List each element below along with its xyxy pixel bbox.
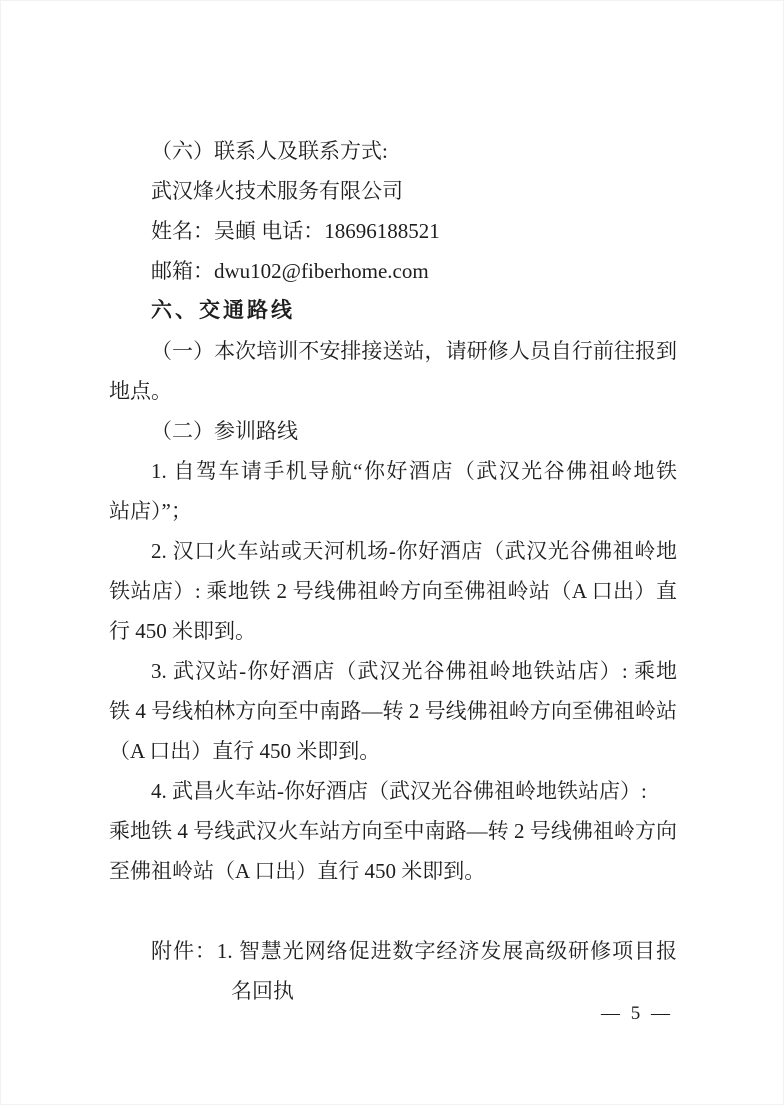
line-route1-1: 1. 自驾车请手机导航“你好酒店（武汉光谷佛祖岭地铁: [109, 451, 677, 491]
line-route2-3: 行 450 米即到。: [109, 611, 677, 651]
document-body: （六）联系人及联系方式: 武汉烽火技术服务有限公司 姓名：吴頔 电话：18696…: [109, 131, 677, 1011]
line-route4-1: 4. 武昌火车站-你好酒店（武汉光谷佛祖岭地铁站店）:: [109, 771, 677, 811]
line-section-six-contact: （六）联系人及联系方式:: [109, 131, 677, 171]
line-route3-2: 铁 4 号线柏林方向至中南路—转 2 号线佛祖岭方向至佛祖岭站: [109, 691, 677, 731]
line-no-shuttle-1: （一）本次培训不安排接送站，请研修人员自行前往报到: [109, 331, 677, 371]
line-route1-2: 站店）”；: [109, 491, 677, 531]
line-attachment-1: 附件：1. 智慧光网络促进数字经济发展高级研修项目报: [109, 931, 677, 971]
line-no-shuttle-2: 地点。: [109, 371, 677, 411]
line-company-name: 武汉烽火技术服务有限公司: [109, 171, 677, 211]
heading-traffic-routes: 六、交通路线: [109, 291, 677, 331]
page-number: — 5 —: [601, 1003, 673, 1025]
line-subheading-routes: （二）参训路线: [109, 411, 677, 451]
line-route3-1: 3. 武汉站-你好酒店（武汉光谷佛祖岭地铁站店）: 乘地: [109, 651, 677, 691]
line-route2-1: 2. 汉口火车站或天河机场-你好酒店（武汉光谷佛祖岭地: [109, 531, 677, 571]
document-page: （六）联系人及联系方式: 武汉烽火技术服务有限公司 姓名：吴頔 电话：18696…: [0, 0, 784, 1105]
line-contact-email: 邮箱：dwu102@fiberhome.com: [109, 251, 677, 291]
line-route4-2: 乘地铁 4 号线武汉火车站方向至中南路—转 2 号线佛祖岭方向: [109, 811, 677, 851]
line-route3-3: （A 口出）直行 450 米即到。: [109, 731, 677, 771]
line-route2-2: 铁站店）: 乘地铁 2 号线佛祖岭方向至佛祖岭站（A 口出）直: [109, 571, 677, 611]
line-attachment-2: 名回执: [109, 971, 677, 1011]
line-route4-3: 至佛祖岭站（A 口出）直行 450 米即到。: [109, 851, 677, 891]
line-contact-name-phone: 姓名：吴頔 电话：18696188521: [109, 211, 677, 251]
